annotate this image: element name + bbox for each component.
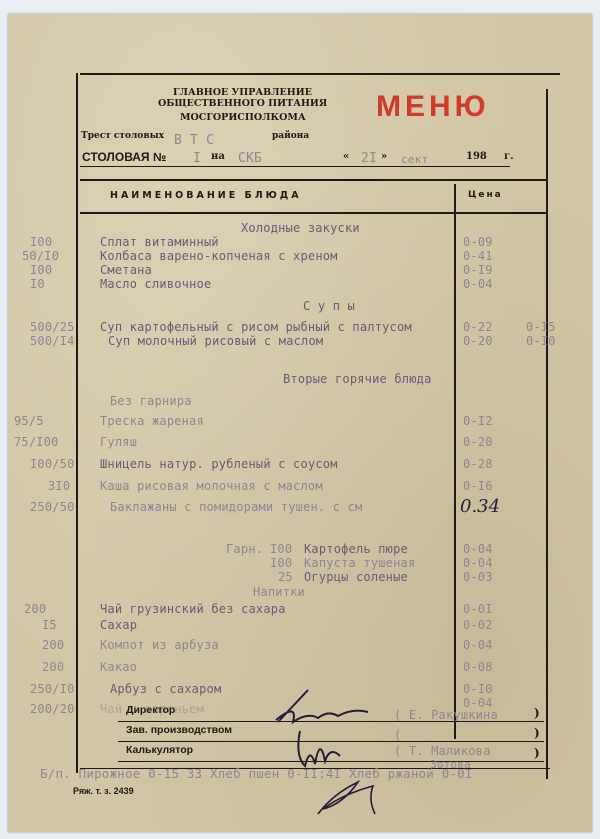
dish-name: Чай грузинский без сахара bbox=[100, 602, 286, 616]
table-top-rule bbox=[80, 179, 546, 181]
price: 0-09 bbox=[463, 235, 493, 249]
org-line-3: МОСГОРИСПОЛКОМА bbox=[180, 112, 306, 123]
price: 0-02 bbox=[463, 618, 493, 632]
canteen-label: СТОЛОВАЯ № bbox=[82, 150, 166, 164]
section-title: Вторые горячие блюда bbox=[283, 372, 432, 386]
year-label: 198 bbox=[466, 151, 487, 162]
dish-name: Сметана bbox=[100, 263, 152, 277]
portion: 250/50 bbox=[30, 500, 75, 514]
price: 0-I6 bbox=[463, 479, 493, 493]
price: 0-03 bbox=[463, 570, 493, 584]
section-subtitle: Без гарнира bbox=[110, 394, 192, 408]
on-label: на bbox=[211, 151, 225, 162]
dish-name: Суп молочный рисовый с маслом bbox=[108, 334, 323, 348]
portion: 250/I0 bbox=[30, 682, 75, 696]
canteen-number: I bbox=[193, 151, 201, 166]
price: 0-20 bbox=[463, 435, 493, 449]
section-title: Напитки bbox=[253, 585, 305, 599]
price-column-divider bbox=[454, 184, 456, 739]
price: 0-I2 bbox=[463, 414, 493, 428]
section-title: Холодные закуски bbox=[241, 221, 360, 235]
signature-close: ) bbox=[534, 746, 540, 760]
price: 0-28 bbox=[463, 457, 493, 471]
price: 0-04 bbox=[463, 277, 493, 291]
extra-price: 0-I5 bbox=[526, 320, 556, 334]
menu-sheet: ГЛАВНОЕ УПРАВЛЕНИЕ ОБЩЕСТВЕННОГО ПИТАНИЯ… bbox=[8, 14, 592, 832]
price: 0-22 bbox=[463, 320, 493, 334]
dish-name: Сахар bbox=[100, 618, 137, 632]
price: 0-41 bbox=[463, 249, 493, 263]
year-suffix: г. bbox=[504, 151, 514, 162]
portion: I00 bbox=[30, 263, 52, 277]
portion: 200 bbox=[42, 638, 64, 652]
footer-typed-note: Б/п. Пирожное 0-15 33 Хлеб пшен 0-II:4I … bbox=[40, 766, 473, 781]
extra-price: 0-I0 bbox=[526, 334, 556, 348]
dish-name: Капуста тушеная bbox=[304, 556, 415, 570]
portion: 200 bbox=[24, 602, 46, 616]
left-border bbox=[76, 73, 78, 773]
price: 0-0I bbox=[463, 602, 493, 616]
director-signature-icon bbox=[268, 682, 378, 732]
signature-role: Зав. производством bbox=[126, 724, 232, 736]
signature-name: ( Е. Ракушкина bbox=[394, 708, 498, 722]
trust-label: Трест столовых bbox=[81, 131, 164, 141]
portion: I00 bbox=[270, 556, 292, 570]
dish-name: Суп картофельный с рисом рыбный с палтус… bbox=[100, 320, 412, 334]
price: 0-04 bbox=[463, 638, 493, 652]
on-value: СКБ bbox=[238, 151, 262, 166]
portion: I5 bbox=[42, 618, 57, 632]
portion: 3I0 bbox=[48, 479, 70, 493]
garnish-prefix: Гарн. bbox=[226, 542, 263, 556]
price: 0-I9 bbox=[463, 263, 493, 277]
dish-name: Шницель натур. рубленый с соусом bbox=[100, 457, 338, 471]
top-rule bbox=[80, 73, 560, 75]
dish-name: Треска жареная bbox=[100, 414, 204, 428]
signature-name: ( Т. Маликова bbox=[394, 744, 491, 758]
dish-name: Сплат витаминный bbox=[100, 235, 219, 249]
dish-name: Каша рисовая молочная с маслом bbox=[100, 479, 323, 493]
column-header-price: Цена bbox=[468, 190, 503, 200]
dish-name: Компот из арбуза bbox=[100, 638, 219, 652]
portion: 200 bbox=[42, 660, 64, 674]
price: 0-04 bbox=[463, 556, 493, 570]
menu-title: МЕНЮ bbox=[376, 90, 490, 124]
dish-name: Баклажаны с помидорами тушен. с см bbox=[110, 500, 362, 514]
portion: 25 bbox=[278, 570, 293, 584]
portion: 95/5 bbox=[14, 414, 44, 428]
signature-close: ) bbox=[534, 706, 540, 720]
trust-value: В Т С bbox=[174, 133, 214, 148]
portion: I0 bbox=[30, 277, 45, 291]
table-header-rule bbox=[80, 212, 546, 214]
date-day: 2I bbox=[361, 151, 377, 166]
date-close: » bbox=[381, 151, 387, 162]
org-line-2: ОБЩЕСТВЕННОГО ПИТАНИЯ bbox=[158, 98, 327, 109]
dish-name: Арбуз с сахаром bbox=[110, 682, 221, 696]
price: 0-04 bbox=[463, 542, 493, 556]
print-code: Ряж. т. з. 2439 bbox=[73, 786, 134, 796]
signature-role: Калькулятор bbox=[126, 744, 193, 756]
portion: 200/20 bbox=[30, 702, 75, 716]
signature-role: Директор bbox=[126, 704, 175, 716]
date-open: « bbox=[343, 151, 349, 162]
org-line-1: ГЛАВНОЕ УПРАВЛЕНИЕ bbox=[173, 87, 312, 98]
dish-name: Масло сливочное bbox=[100, 277, 211, 291]
portion: 500/25 bbox=[30, 320, 75, 334]
portion: 500/I4 bbox=[30, 334, 75, 348]
handwritten-price: 0.34 bbox=[460, 496, 500, 517]
date-month: сект bbox=[401, 153, 428, 166]
signature-close: ) bbox=[534, 726, 540, 740]
signature-name: ( bbox=[394, 728, 401, 742]
price: 0-08 bbox=[463, 660, 493, 674]
portion: 50/I0 bbox=[22, 249, 59, 263]
column-header-name: НАИМЕНОВАНИЕ БЛЮДА bbox=[110, 190, 302, 201]
header-rule bbox=[80, 166, 510, 167]
portion: I00 bbox=[30, 235, 52, 249]
dish-name: Огурцы соленые bbox=[304, 570, 408, 584]
district-label: района bbox=[272, 131, 309, 141]
price: 0-I0 bbox=[463, 682, 493, 696]
dish-name: Какао bbox=[100, 660, 137, 674]
price: 0-20 bbox=[463, 334, 493, 348]
dish-name: Колбаса варено-копченая с хреном bbox=[100, 249, 338, 263]
dish-name: Картофель пюре bbox=[304, 542, 408, 556]
section-title: С у п ы bbox=[303, 299, 355, 313]
portion: I00/50 bbox=[30, 457, 75, 471]
portion: I00 bbox=[270, 542, 292, 556]
portion: 75/I00 bbox=[14, 435, 59, 449]
right-border bbox=[546, 89, 548, 779]
dish-name: Гуляш bbox=[100, 435, 137, 449]
